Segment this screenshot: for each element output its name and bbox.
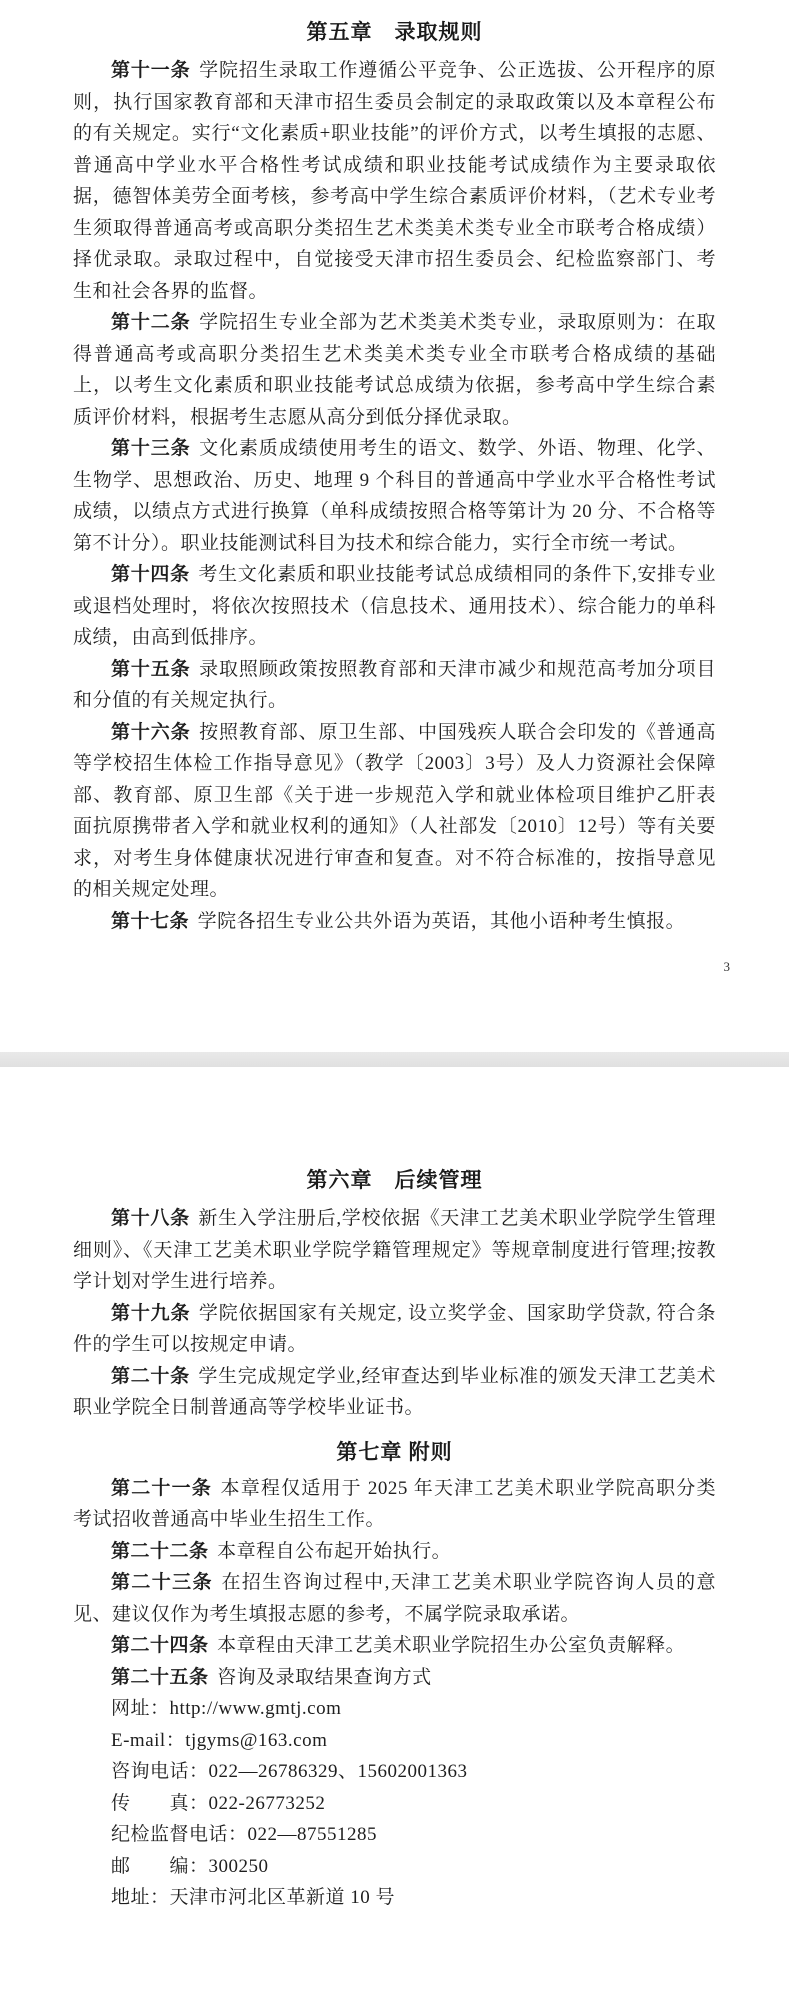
- chapter-7-heading: 第七章 附则: [73, 1436, 716, 1468]
- article-17-text: 学院各招生专业公共外语为英语，其他小语种考生慎报。: [198, 911, 686, 932]
- contact-line-phone: 咨询电话：022—26786329、15602001363: [73, 1756, 716, 1788]
- article-25-text: 咨询及录取结果查询方式: [217, 1667, 432, 1688]
- article-18-paragraph: 第十八条新生入学注册后,学校依据《天津工艺美术职业学院学生管理细则》、《天津工艺…: [73, 1203, 716, 1298]
- article-22-number: 第二十二条: [111, 1541, 209, 1562]
- article-22-text: 本章程自公布起开始执行。: [217, 1541, 451, 1562]
- article-24-text: 本章程由天津工艺美术职业学院招生办公室负责解释。: [217, 1635, 685, 1656]
- contact-line-email: E-mail：tjgyms@163.com: [73, 1725, 716, 1757]
- article-23-paragraph: 第二十三条在招生咨询过程中,天津工艺美术职业学院咨询人员的意见、建议仅作为考生填…: [73, 1567, 716, 1630]
- contact-line-address: 地址：天津市河北区革新道 10 号: [73, 1882, 716, 1914]
- contact-line-website: 网址：http://www.gmtj.com: [73, 1693, 716, 1725]
- article-20-paragraph: 第二十条学生完成规定学业,经审查达到毕业标准的颁发天津工艺美术职业学院全日制普通…: [73, 1361, 716, 1424]
- article-21-paragraph: 第二十一条本章程仅适用于 2025 年天津工艺美术职业学院高职分类考试招收普通高…: [73, 1473, 716, 1536]
- article-13-number: 第十三条: [111, 438, 191, 459]
- article-22-paragraph: 第二十二条本章程自公布起开始执行。: [73, 1536, 716, 1568]
- article-14-paragraph: 第十四条考生文化素质和职业技能考试总成绩相同的条件下,安排专业或退档处理时，将依…: [73, 559, 716, 654]
- page-separator: [0, 1052, 789, 1067]
- contact-line-postcode: 邮 编：300250: [73, 1851, 716, 1883]
- article-11-paragraph: 第十一条学院招生录取工作遵循公平竞争、公正选拔、公开程序的原则，执行国家教育部和…: [73, 55, 716, 307]
- contact-line-fax: 传 真：022-26773252: [73, 1788, 716, 1820]
- article-20-number: 第二十条: [111, 1366, 190, 1387]
- document-page-4: 第六章 后续管理 第十八条新生入学注册后,学校依据《天津工艺美术职业学院学生管理…: [0, 1067, 789, 2000]
- article-11-text: 学院招生录取工作遵循公平竞争、公正选拔、公开程序的原则，执行国家教育部和天津市招…: [73, 60, 716, 302]
- article-12-number: 第十二条: [111, 312, 191, 333]
- article-25-number: 第二十五条: [111, 1667, 209, 1688]
- article-24-number: 第二十四条: [111, 1635, 209, 1656]
- article-21-number: 第二十一条: [111, 1478, 212, 1499]
- article-24-paragraph: 第二十四条本章程由天津工艺美术职业学院招生办公室负责解释。: [73, 1630, 716, 1662]
- article-19-number: 第十九条: [111, 1303, 190, 1324]
- article-11-number: 第十一条: [111, 60, 191, 81]
- contact-info-block: 网址：http://www.gmtj.com E-mail：tjgyms@163…: [73, 1693, 716, 1914]
- article-23-number: 第二十三条: [111, 1572, 213, 1593]
- chapter-5-heading: 第五章 录取规则: [73, 16, 716, 48]
- document-page-3: 第五章 录取规则 第十一条学院招生录取工作遵循公平竞争、公正选拔、公开程序的原则…: [0, 0, 789, 1052]
- article-15-number: 第十五条: [111, 659, 191, 680]
- chapter-6-heading: 第六章 后续管理: [73, 1164, 716, 1196]
- contact-line-supervision-phone: 纪检监督电话：022—87551285: [73, 1819, 716, 1851]
- article-19-paragraph: 第十九条学院依据国家有关规定, 设立奖学金、国家助学贷款, 符合条件的学生可以按…: [73, 1298, 716, 1361]
- article-16-paragraph: 第十六条按照教育部、原卫生部、中国残疾人联合会印发的《普通高等学校招生体检工作指…: [73, 717, 716, 906]
- article-17-number: 第十七条: [111, 911, 189, 932]
- document-viewer: 第五章 录取规则 第十一条学院招生录取工作遵循公平竞争、公正选拔、公开程序的原则…: [0, 0, 789, 2000]
- article-15-paragraph: 第十五条录取照顾政策按照教育部和天津市减少和规范高考加分项目和分值的有关规定执行…: [73, 654, 716, 717]
- article-13-paragraph: 第十三条文化素质成绩使用考生的语文、数学、外语、物理、化学、生物学、思想政治、历…: [73, 433, 716, 559]
- article-14-number: 第十四条: [111, 564, 190, 585]
- article-16-number: 第十六条: [111, 722, 191, 743]
- article-18-number: 第十八条: [111, 1208, 190, 1229]
- article-16-text: 按照教育部、原卫生部、中国残疾人联合会印发的《普通高等学校招生体检工作指导意见》…: [73, 722, 716, 901]
- article-17-paragraph: 第十七条学院各招生专业公共外语为英语，其他小语种考生慎报。: [73, 906, 716, 938]
- article-25-paragraph: 第二十五条咨询及录取结果查询方式: [73, 1662, 716, 1694]
- article-12-paragraph: 第十二条学院招生专业全部为艺术类美术类专业，录取原则为：在取得普通高考或高职分类…: [73, 307, 716, 433]
- page-number: 3: [73, 959, 730, 975]
